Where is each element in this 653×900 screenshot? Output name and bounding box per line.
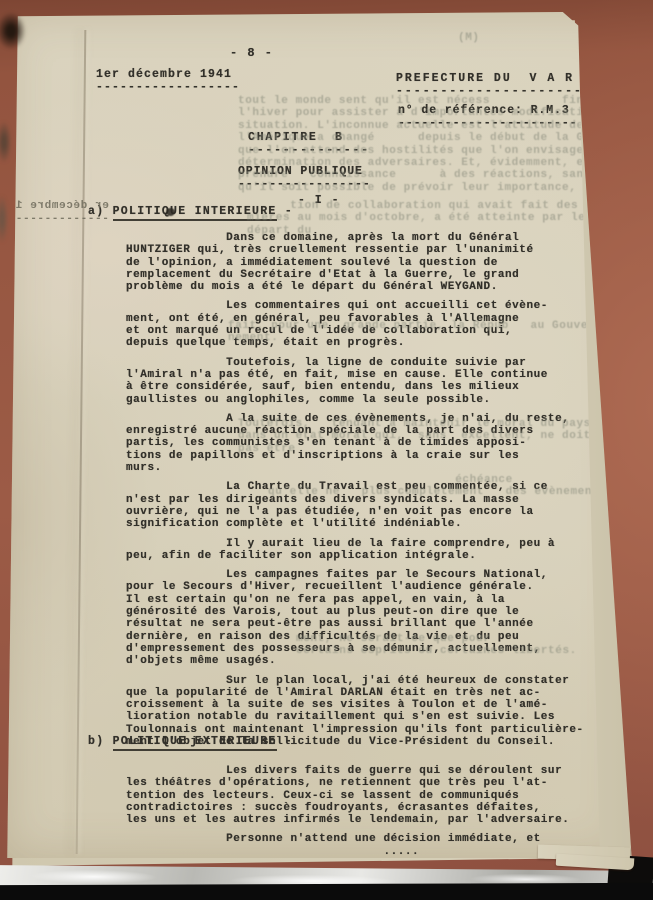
exterior-paragraphs: Les divers faits de guerre qui se déroul…: [126, 765, 596, 865]
document-page: tout le monde sent qu'il est nécess fin …: [6, 12, 626, 858]
bleedthrough-mark: (M): [458, 32, 480, 44]
bleedthrough-block: échéancequ'elle ne plus complètement des…: [268, 474, 606, 499]
mirror-bleed-date: er décembre 1--------------: [8, 200, 109, 226]
bleedthrough-block: ment, ne serait-ce que pour certains esp…: [296, 633, 577, 658]
bleedthrough-block: Toutefois, tendant à maintenir le moral …: [238, 418, 591, 455]
section-b-label: b): [88, 735, 113, 748]
page-number: - 8 -: [230, 46, 274, 60]
bleedthrough-block: tout le monde sent qu'il est nécess fin …: [238, 95, 634, 194]
edge-smudge: [0, 122, 11, 162]
section-b-title: POLITIQUE EXTERIEURE: [113, 735, 277, 751]
ink-smudge: [166, 208, 175, 216]
edge-smudge: [0, 196, 8, 242]
bleedthrough-block: tion de collaboration qui avait fait des…: [247, 200, 585, 237]
date-line: 1er décembre 1941------------------: [96, 68, 240, 94]
paragraph: Personne n'attend une décision immédiate…: [126, 833, 596, 858]
scan-background-band: [0, 883, 653, 900]
paragraph: Dans ce domaine, après la mort du Généra…: [126, 232, 596, 293]
section-b-suffix: -: [277, 735, 293, 748]
paragraph: Toutefois, la ligne de conduite suivie p…: [126, 357, 596, 406]
paragraph: Il y aurait lieu de la faire comprendre,…: [126, 538, 596, 563]
edge-smudge: [0, 12, 26, 50]
page-fold-line: [76, 30, 87, 854]
paragraph: Les divers faits de guerre qui se déroul…: [126, 765, 596, 826]
bleedthrough-block: fait, pour une grande partie, la Répub a…: [228, 320, 602, 345]
section-b-heading: b) POLITIQUE EXTERIEURE -: [88, 735, 293, 748]
